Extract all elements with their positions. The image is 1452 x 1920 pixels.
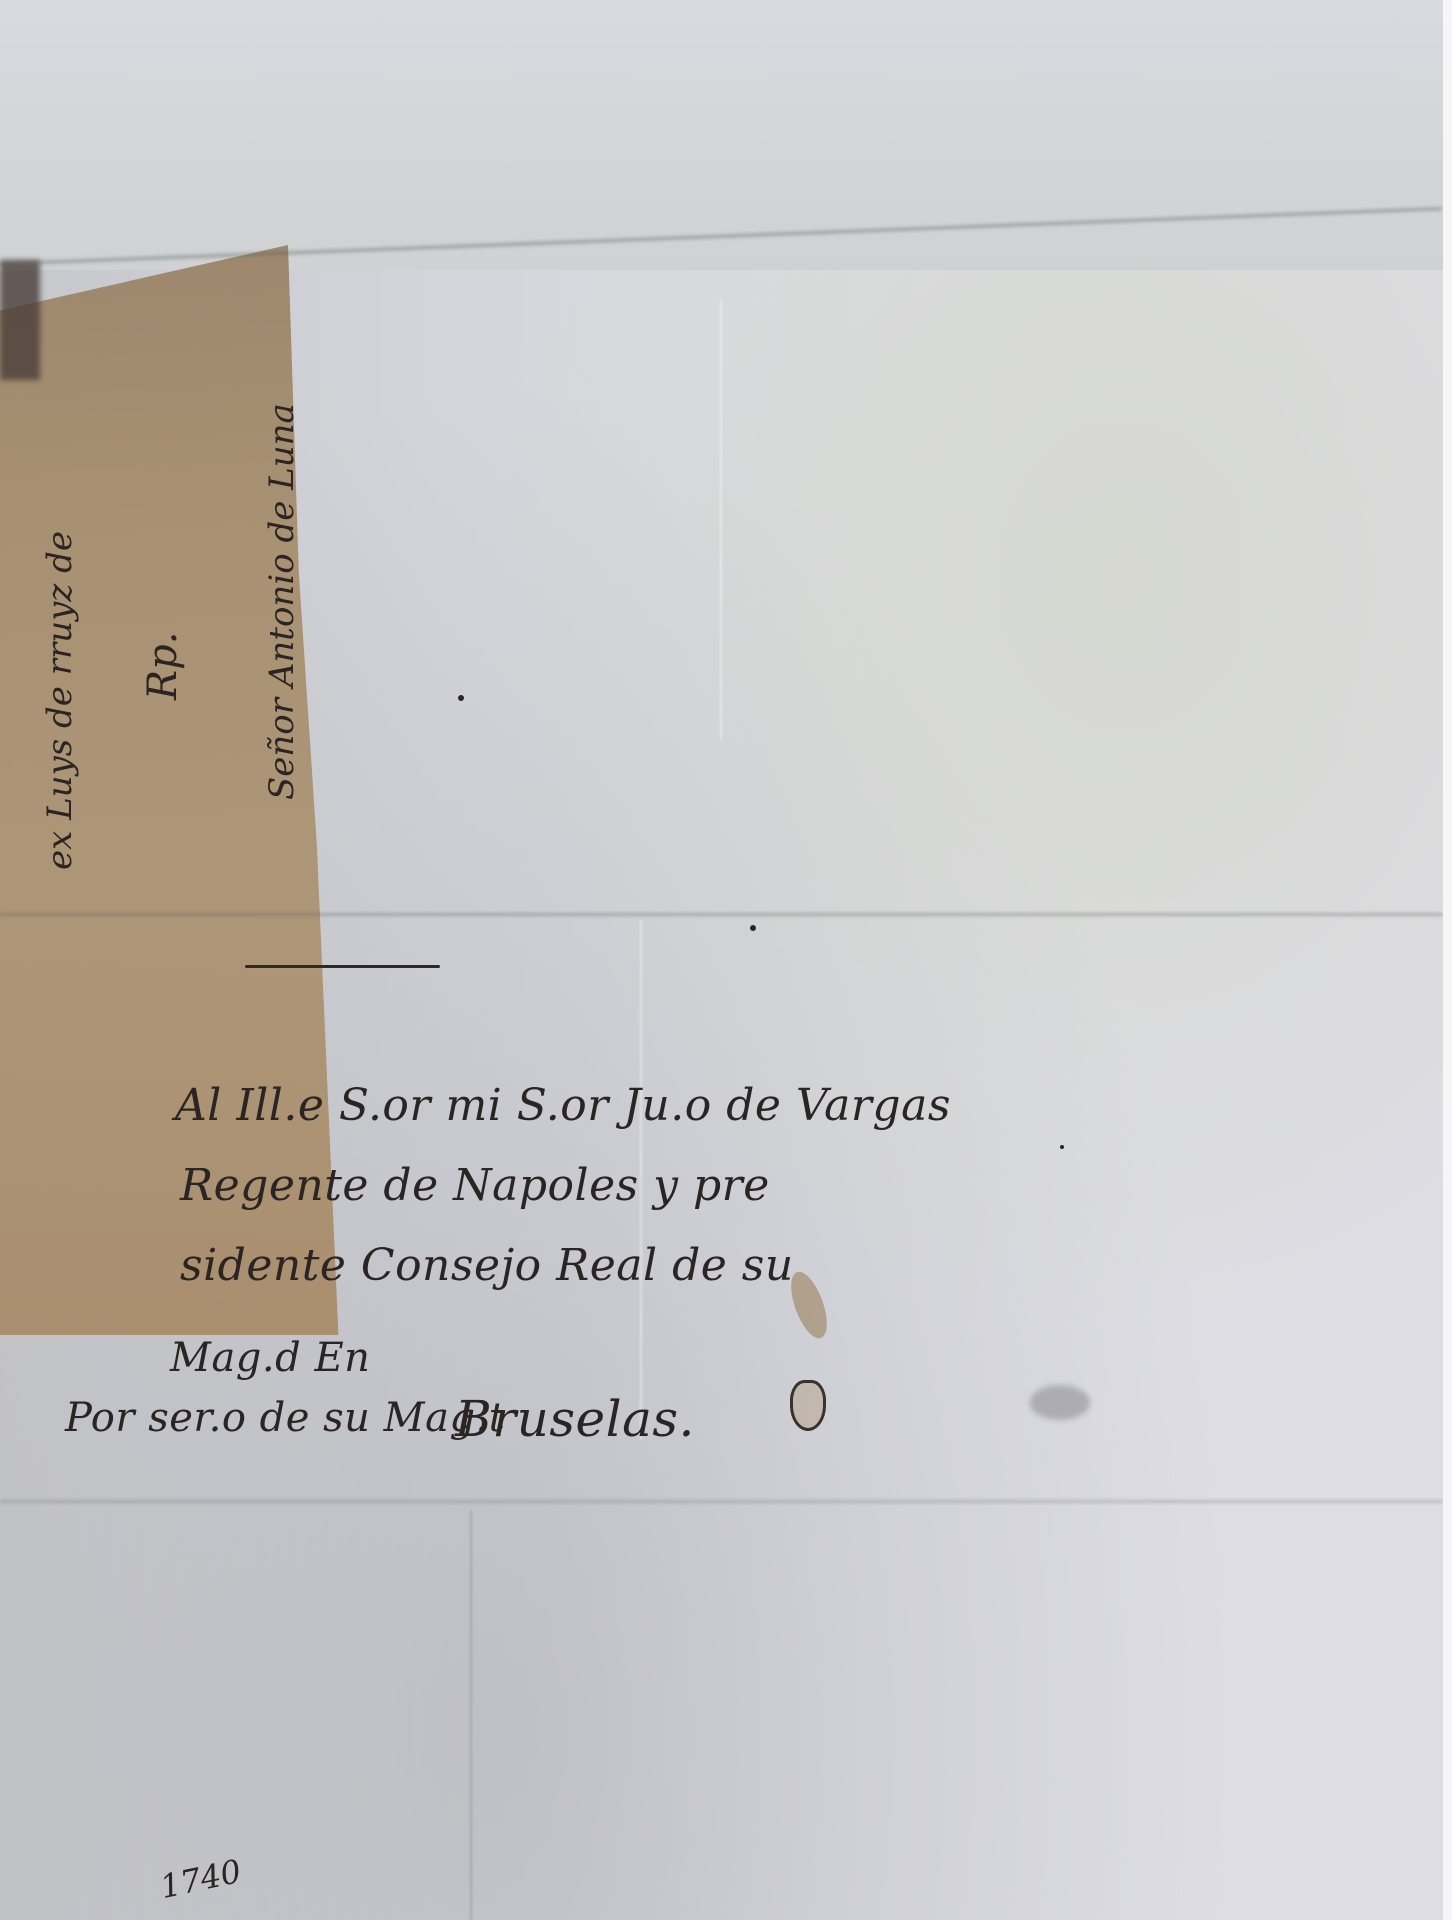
endorsement-column-2: Rp. bbox=[140, 632, 186, 700]
address-line-5-left: Por ser.o de su Mag.t bbox=[65, 1395, 505, 1441]
endorsement-column-3: Señor Antonio de Luna bbox=[262, 403, 302, 800]
vertical-crease bbox=[470, 1510, 472, 1920]
fold-line-lower bbox=[0, 1500, 1443, 1503]
address-line-2: Regente de Napoles y pre bbox=[180, 1160, 770, 1211]
address-line-1: Al Ill.e S.or mi S.or Ju.o de Vargas bbox=[175, 1080, 951, 1131]
top-flap bbox=[0, 0, 1443, 270]
ink-rule bbox=[245, 965, 440, 968]
ink-spot bbox=[750, 925, 756, 931]
tape-dark-edge bbox=[0, 260, 40, 380]
address-destination: Bruselas. bbox=[455, 1390, 695, 1448]
ink-spot bbox=[458, 695, 464, 701]
address-line-4: Mag.d En bbox=[170, 1335, 370, 1381]
address-line-3: sidente Consejo Real de su bbox=[180, 1240, 794, 1291]
fold-line-middle bbox=[0, 913, 1443, 916]
page-margin-right bbox=[1443, 0, 1452, 1920]
endorsement-column-1: ex Luys de rruyz de bbox=[40, 531, 80, 870]
stain bbox=[1030, 1385, 1090, 1420]
vertical-crease bbox=[720, 300, 722, 740]
stain-ring bbox=[790, 1380, 826, 1431]
ink-spot bbox=[1060, 1145, 1064, 1149]
